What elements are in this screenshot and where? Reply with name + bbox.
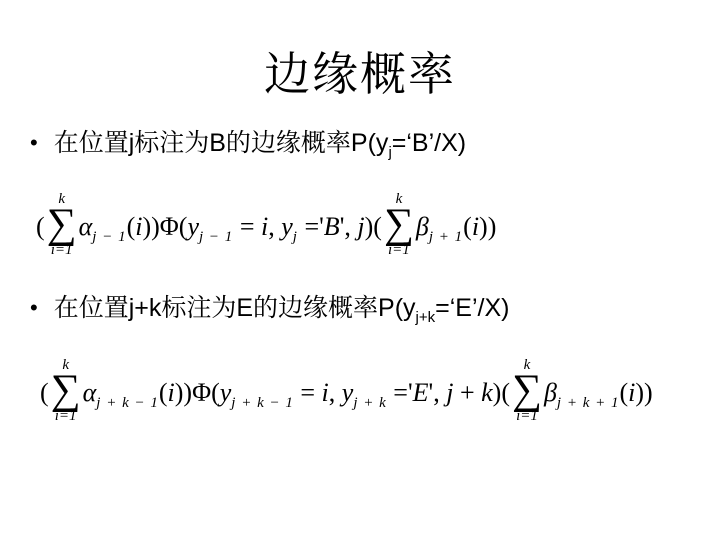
bullet-text-1-pre: 在位置j标注为B的边缘概率P(y: [54, 129, 389, 157]
bullet-text-1: 在位置j标注为B的边缘概率P(yj=‘B’/X): [54, 128, 466, 159]
bullet-text-2-post: =‘E’/X): [435, 294, 509, 322]
bullet-text-2-pre: 在位置j+k标注为E的边缘概率P(y: [54, 294, 416, 322]
math-token: y: [342, 378, 354, 407]
bullet-text-2: 在位置j+k标注为E的边缘概率P(yj+k=‘E’/X): [54, 293, 510, 324]
math-token: ,: [268, 212, 281, 241]
math-token: (: [619, 378, 628, 407]
sigma-icon: ∑: [51, 373, 81, 409]
math-token: B: [324, 212, 340, 241]
math-token: j + k: [353, 395, 386, 411]
math-token: j + k + 1: [557, 395, 620, 411]
formula-marginal-probability-b: (k∑i=1αj − 1(i))Φ(yj − 1 = i, yj ='B', j…: [36, 196, 496, 262]
math-token: +: [453, 378, 481, 407]
math-token: j: [357, 212, 364, 241]
math-token: )(: [365, 212, 382, 241]
math-token: (: [40, 378, 49, 407]
summation-symbol: k∑i=1: [51, 358, 81, 424]
math-token: i: [472, 212, 479, 241]
math-token: =: [233, 212, 261, 241]
math-token: β: [416, 212, 429, 241]
bullet-item-2: • 在位置j+k标注为E的边缘概率P(yj+k=‘E’/X): [30, 293, 509, 324]
math-token: y: [220, 378, 232, 407]
bullet-icon: •: [30, 293, 38, 324]
sigma-icon: ∑: [47, 207, 77, 243]
math-token: (: [159, 378, 168, 407]
sum-lower-limit: i=1: [55, 409, 77, 424]
math-token: j − 1: [199, 229, 233, 245]
math-token: α: [79, 212, 93, 241]
math-token: (: [463, 212, 472, 241]
math-token: =: [294, 378, 322, 407]
math-token: )): [635, 378, 652, 407]
math-token: j + k − 1: [231, 395, 294, 411]
math-token: ',: [429, 378, 447, 407]
sum-lower-limit: i=1: [388, 243, 410, 258]
page-title: 边缘概率: [0, 38, 720, 104]
bullet-text-2-subscript: j+k: [416, 309, 436, 326]
math-token: (: [36, 212, 45, 241]
math-token: )(: [493, 378, 510, 407]
math-token: i: [322, 378, 329, 407]
math-token: ))Φ(: [175, 378, 220, 407]
sum-lower-limit: i=1: [51, 243, 73, 258]
sigma-icon: ∑: [512, 373, 542, 409]
math-token: β: [544, 378, 557, 407]
math-token: j + 1: [429, 229, 463, 245]
summation-symbol: k∑i=1: [512, 358, 542, 424]
math-token: α: [83, 378, 97, 407]
math-token: j + k − 1: [96, 395, 159, 411]
math-token: )): [479, 212, 496, 241]
math-token: ',: [340, 212, 358, 241]
sigma-icon: ∑: [384, 207, 414, 243]
bullet-item-1: • 在位置j标注为B的边缘概率P(yj=‘B’/X): [30, 128, 466, 159]
summation-symbol: k∑i=1: [47, 192, 77, 258]
summation-symbol: k∑i=1: [384, 192, 414, 258]
math-token: =': [298, 212, 324, 241]
math-token: y: [187, 212, 199, 241]
sum-lower-limit: i=1: [516, 409, 538, 424]
math-token: j − 1: [92, 229, 126, 245]
math-token: E: [413, 378, 429, 407]
formula-marginal-probability-e: (k∑i=1αj + k − 1(i))Φ(yj + k − 1 = i, yj…: [40, 362, 653, 428]
math-token: (: [127, 212, 136, 241]
math-token: i: [168, 378, 175, 407]
bullet-text-1-post: =‘B’/X): [392, 129, 466, 157]
math-token: y: [281, 212, 293, 241]
math-token: ))Φ(: [142, 212, 187, 241]
math-token: ,: [329, 378, 342, 407]
math-token: k: [481, 378, 493, 407]
math-token: =': [387, 378, 413, 407]
bullet-icon: •: [30, 128, 38, 159]
slide: 边缘概率 • 在位置j标注为B的边缘概率P(yj=‘B’/X) (k∑i=1αj…: [0, 0, 720, 540]
